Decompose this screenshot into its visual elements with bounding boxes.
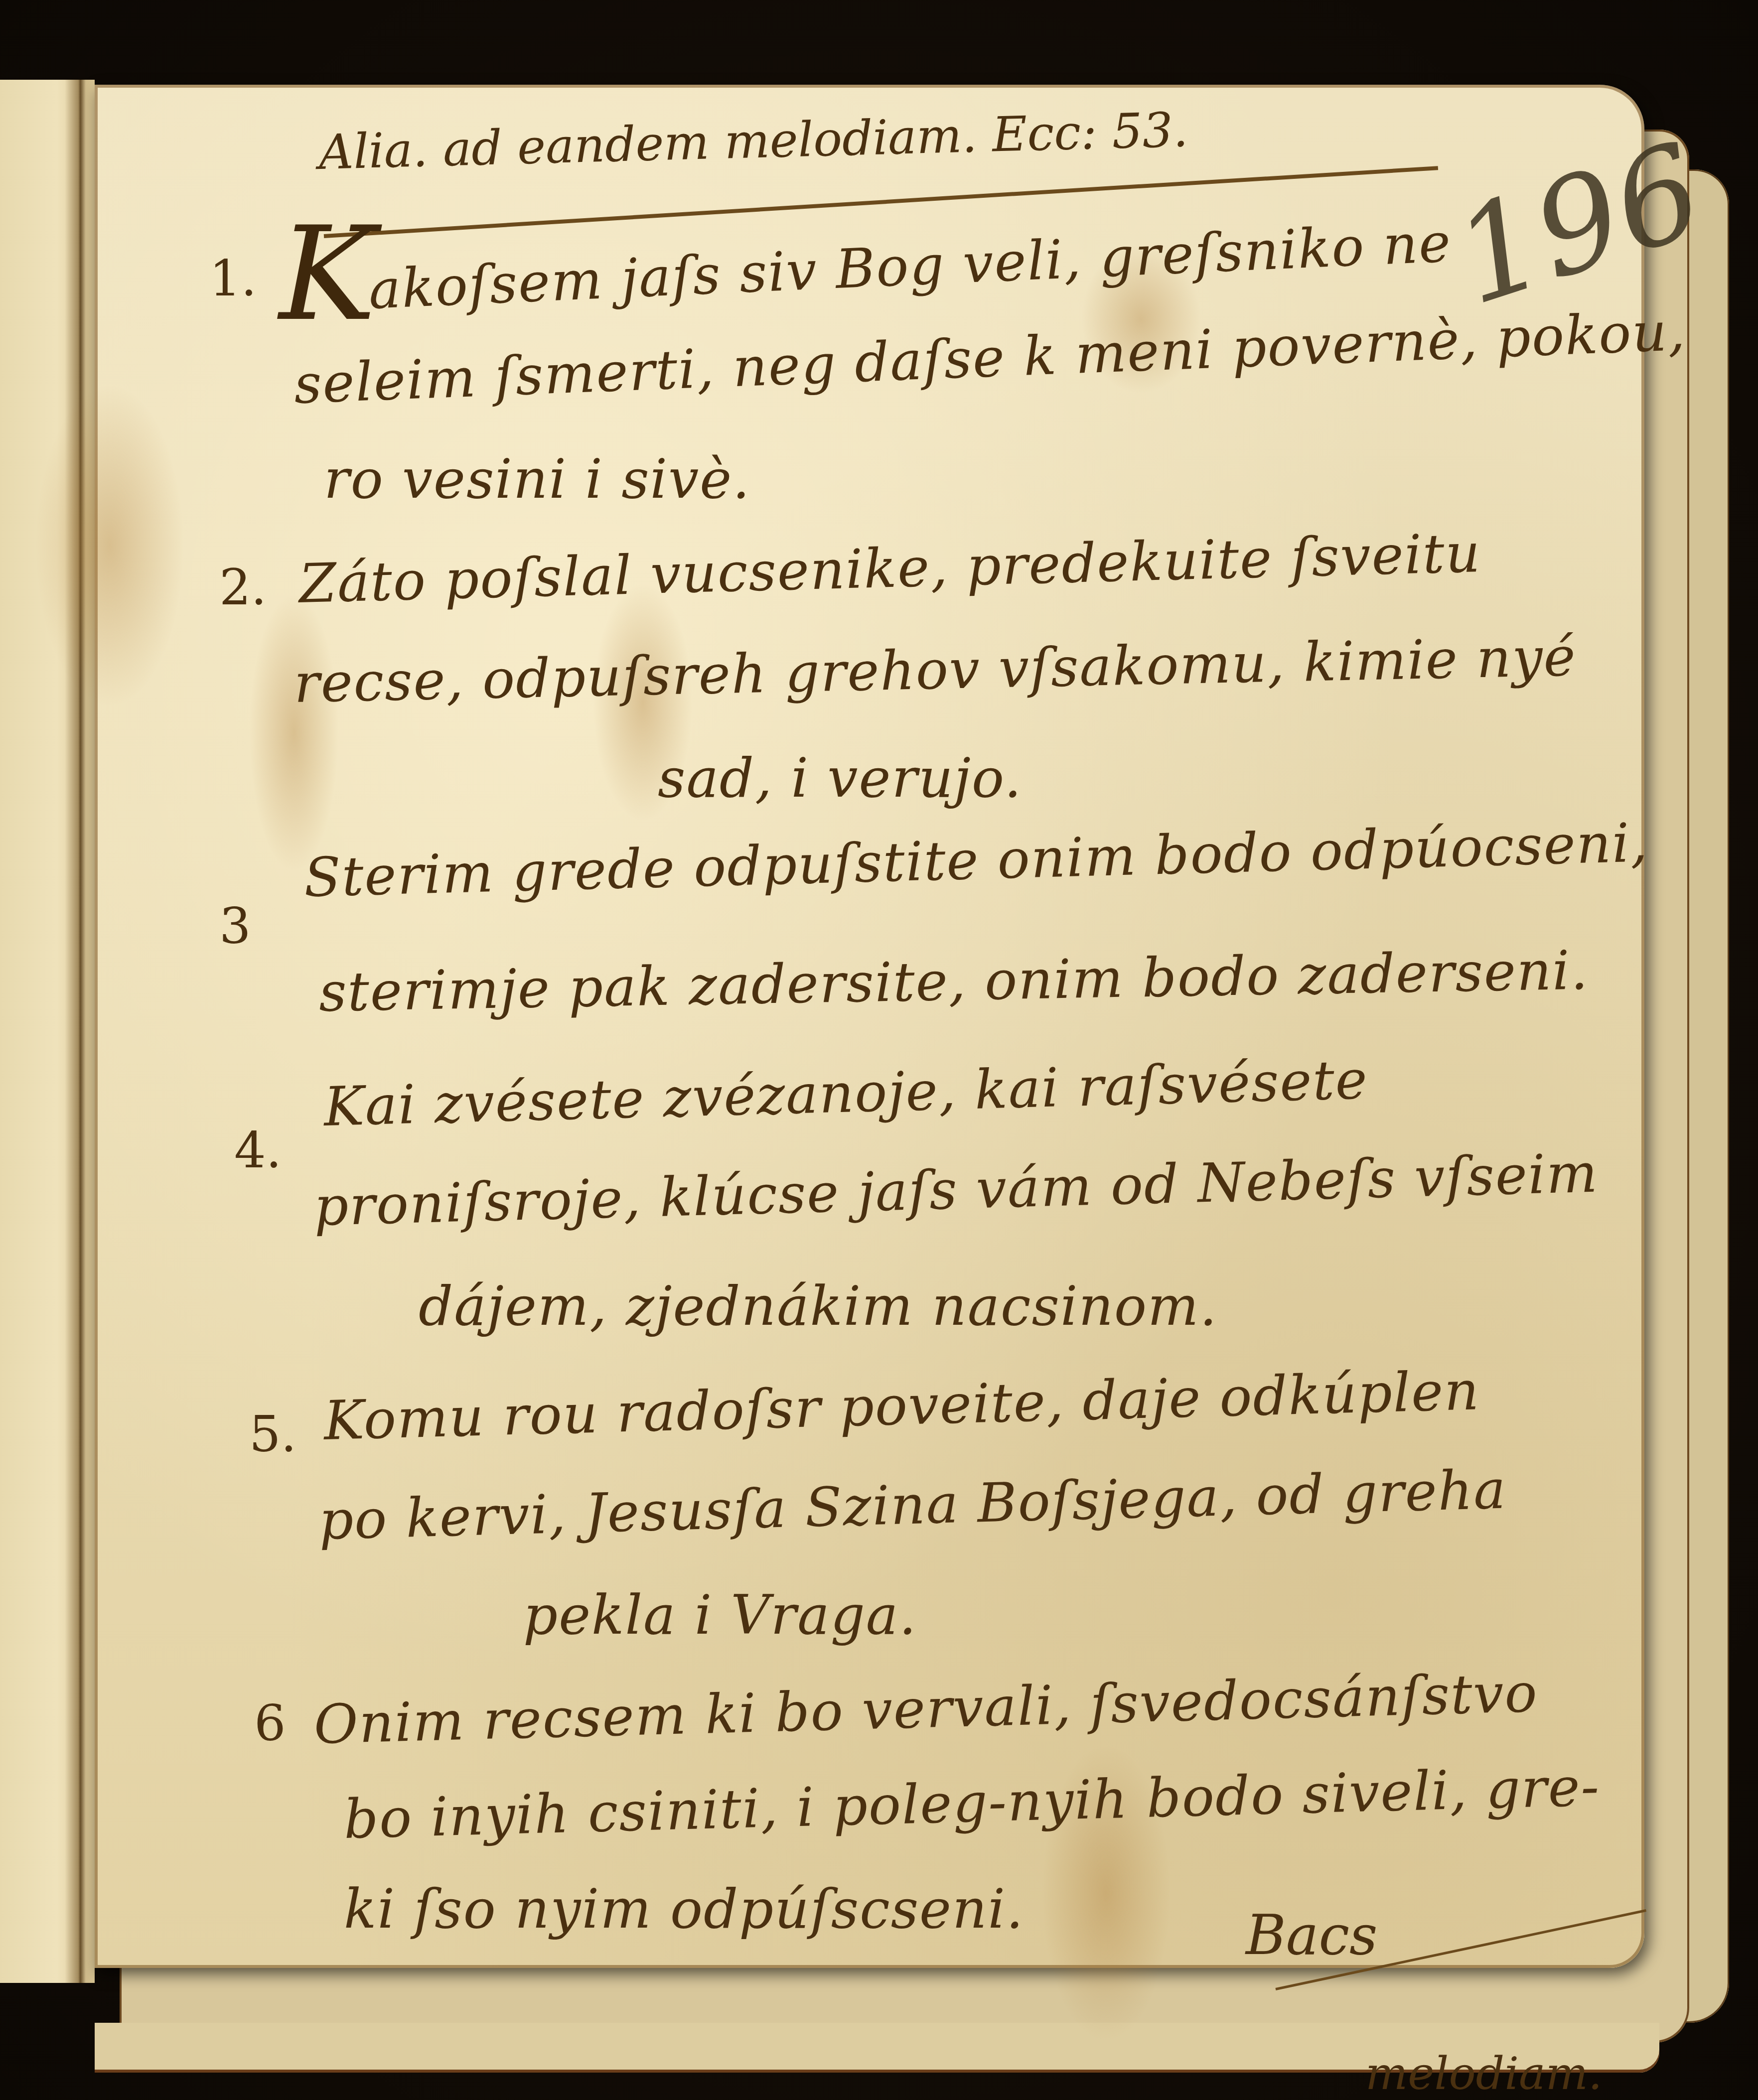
verse-number: 4. (234, 1121, 282, 1179)
water-stain (35, 384, 184, 707)
verse-number: 6 (254, 1694, 286, 1752)
verse-line: pekla i Vraga. (523, 1584, 917, 1647)
book-spine-fold (65, 80, 95, 1983)
verse-number: 5. (249, 1405, 296, 1463)
drop-cap-letter: K (279, 199, 376, 350)
verse-line: ki ſso nyim odpúſscseni. (344, 1878, 1024, 1941)
water-stain (249, 593, 339, 872)
signature: Bacs (1246, 1903, 1377, 1967)
footer-note: melodiam. (1365, 2048, 1603, 2100)
verse-line: sad, i verujo. (658, 747, 1023, 810)
verse-line: ro vesini i sivè. (324, 448, 750, 511)
verse-number: 1. (209, 249, 257, 307)
verse-number: 3 (219, 897, 251, 955)
verse-number: 2. (219, 558, 267, 616)
verse-line: dájem, zjednákim nacsinom. (419, 1275, 1218, 1338)
